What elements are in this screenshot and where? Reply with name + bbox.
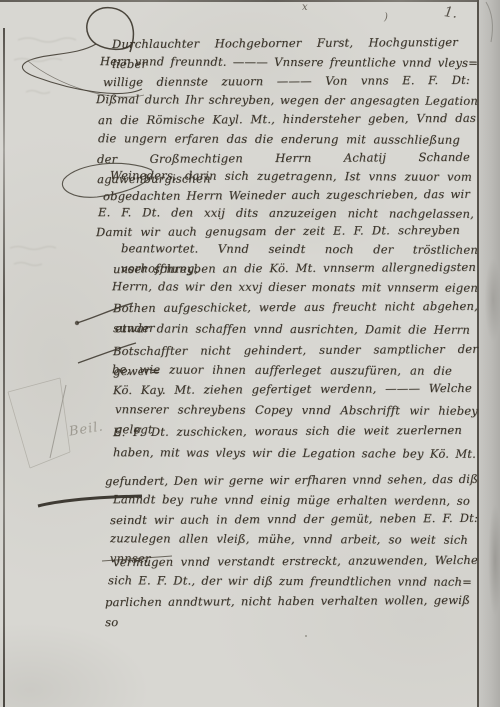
manuscript-line-16: etwar darin schaffen vnnd ausrichten, Da… — [115, 318, 470, 340]
stray-mark-x: x — [302, 2, 308, 13]
manuscript-line-19: Kö. Kay. Mt. ziehen gefertiget werdenn, … — [113, 378, 472, 400]
ink-speck — [305, 635, 307, 637]
manuscript-line-20: vnnserer schreybens Copey vnnd Abschriff… — [115, 399, 478, 421]
manuscript-scan: 1. x ) Beil. Durchlauchter Hochgeborner … — [0, 0, 500, 707]
ink-blot — [75, 321, 79, 325]
manuscript-line-27: vermugen vnnd verstandt erstreckt, anzuw… — [113, 550, 478, 572]
paper-right-edge — [477, 0, 500, 707]
page-number: 1. — [443, 4, 458, 22]
manuscript-line-25: seindt wir auch in dem vnnd der gemüt, n… — [110, 508, 478, 530]
manuscript-line-26: zuzulegen allen vleiß, mühe, vnnd arbeit… — [110, 528, 468, 550]
manuscript-line-5: an die Römische Kayl. Mt., hindersteher … — [98, 108, 476, 130]
manuscript-line-23: gefundert, Den wir gerne wir erfharen vn… — [105, 469, 478, 491]
margin-pencil-note: Beil. — [68, 419, 105, 439]
pencil-crease — [8, 378, 70, 468]
scan-top-edge — [0, 0, 500, 2]
manuscript-line-15: Bothen aufgeschicket, werde aus freucht … — [113, 296, 478, 318]
bleedthrough-ghost-text — [10, 38, 76, 266]
manuscript-line-29: parlichen anndtwurt, nicht haben verhalt… — [105, 590, 470, 612]
manuscript-line-14: Herrn, das wir den xxvj dieser monats mi… — [112, 276, 478, 298]
pencil-diagonal — [50, 385, 66, 458]
scan-left-edge — [3, 28, 5, 707]
manuscript-line-22: haben, mit was vleys wir die Legation sa… — [113, 442, 476, 464]
manuscript-line-21: E. F. Dt. zuschicken, woraus sich die we… — [113, 420, 462, 442]
manuscript-line-28: sich E. F. Dt., der wir diß zum freundtl… — [108, 570, 472, 592]
stray-mark-paren: ) — [384, 12, 388, 23]
manuscript-line-17: Botschaffter nicht gehindert, sunder sam… — [113, 339, 478, 361]
